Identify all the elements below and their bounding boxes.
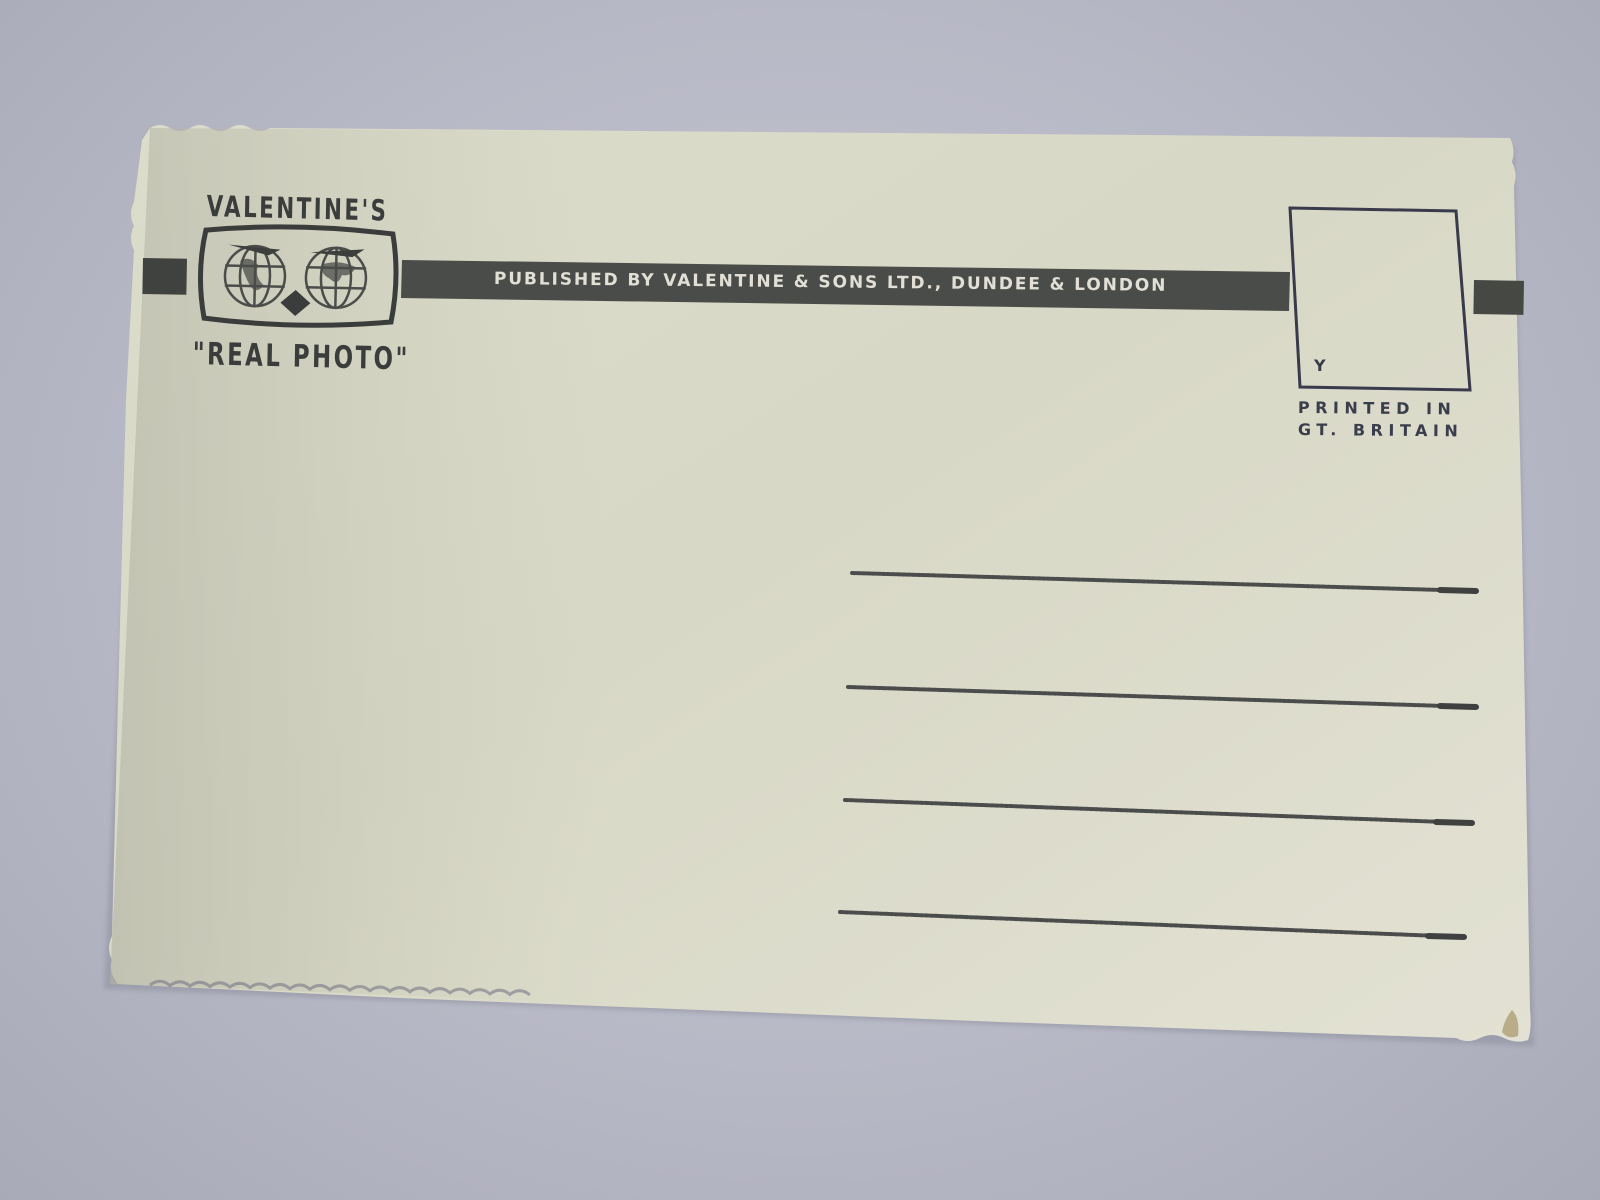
band-right-dash xyxy=(1473,280,1524,315)
address-lines xyxy=(840,573,1476,937)
twin-globes-icon xyxy=(199,225,397,327)
postcard-body xyxy=(109,125,1531,1042)
address-line-1 xyxy=(852,573,1476,591)
gt-britain-caption: GT. BRITAIN xyxy=(1298,420,1464,440)
stamp-code: Y xyxy=(1314,356,1326,375)
address-line-3 xyxy=(845,800,1472,823)
band-left-dash xyxy=(142,258,187,295)
address-line-4 xyxy=(840,912,1464,937)
printed-in-caption: PRINTED IN xyxy=(1298,398,1457,418)
postcard xyxy=(0,0,1600,1200)
photo-scene: VALENTINE'S "REAL PHOTO" PUBLISHED BY VA… xyxy=(0,0,1600,1200)
address-line-2 xyxy=(848,687,1476,707)
brand-tagline: "REAL PHOTO" xyxy=(192,336,410,378)
brand-name: VALENTINE'S xyxy=(206,189,388,228)
publisher-text: PUBLISHED BY VALENTINE & SONS LTD., DUND… xyxy=(494,269,1168,296)
